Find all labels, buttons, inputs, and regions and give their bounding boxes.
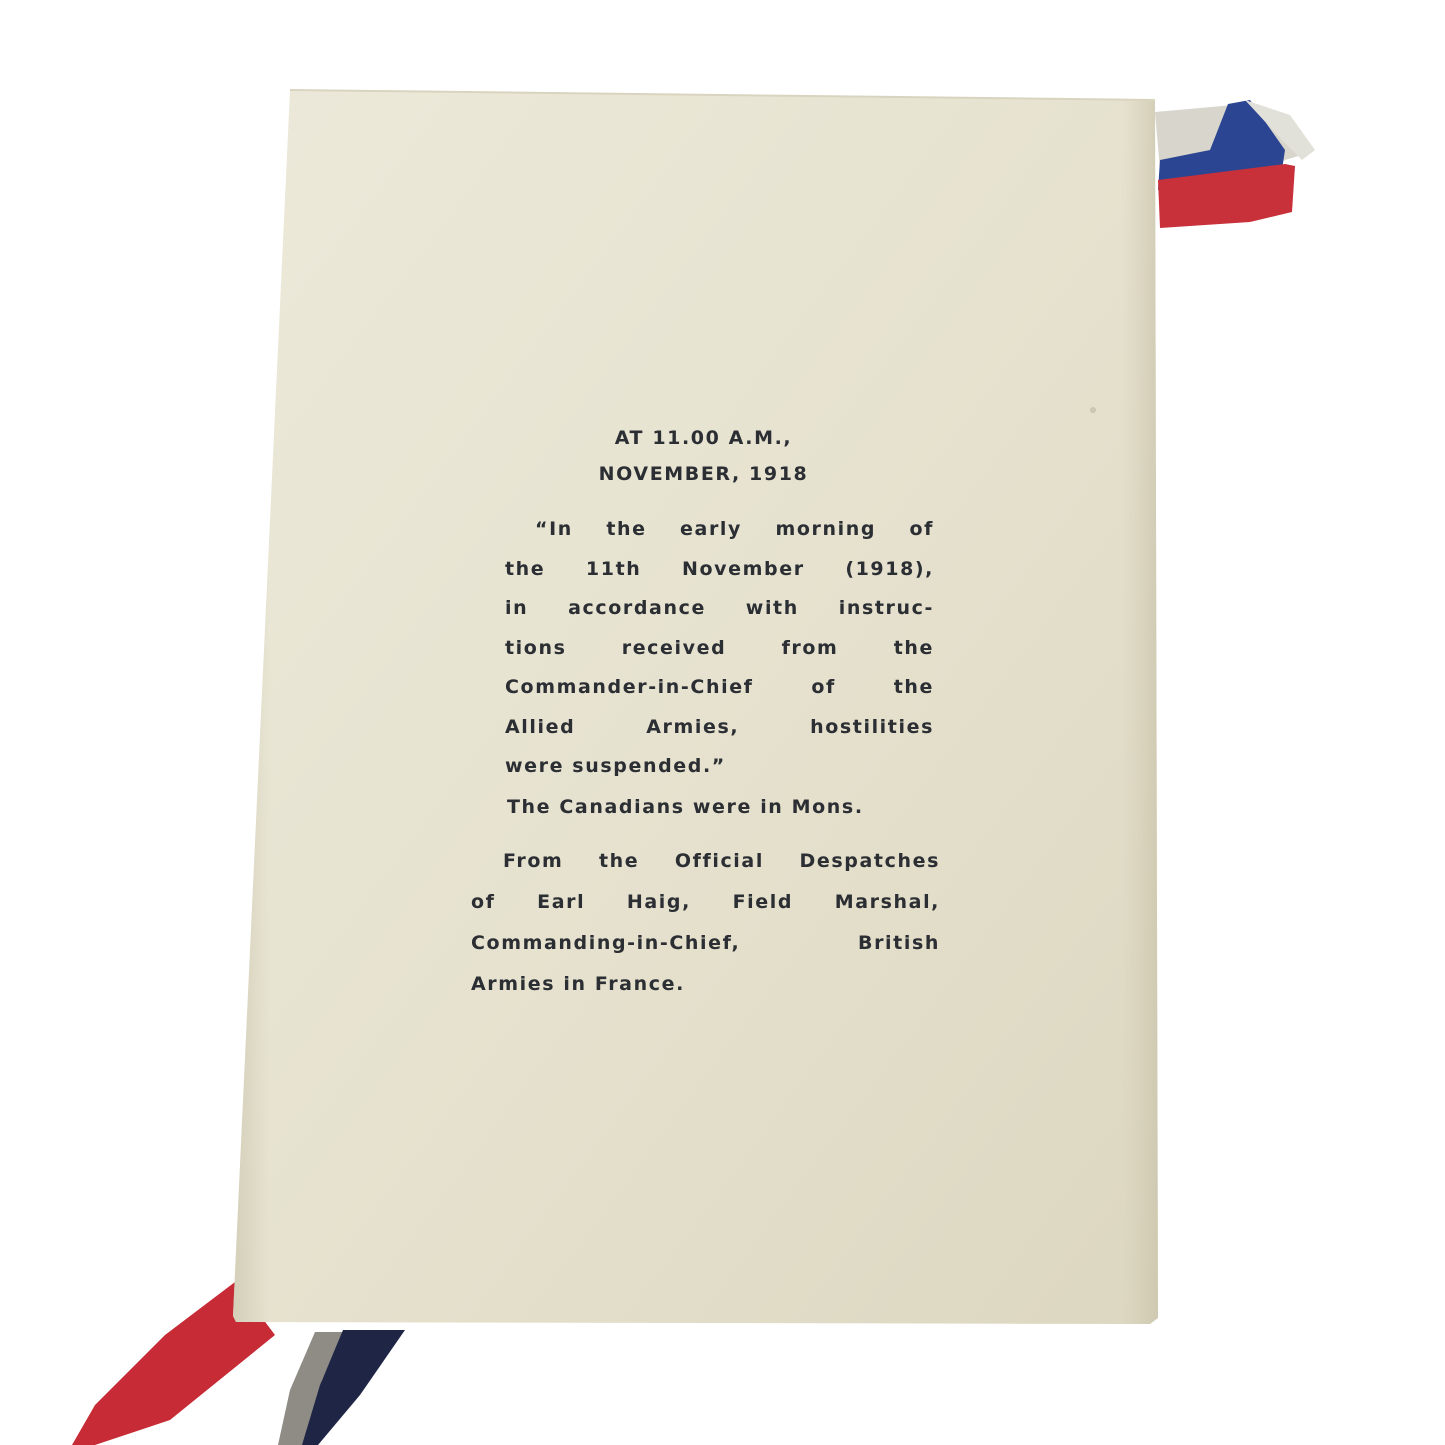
quote-line: in accordance with instruc- [505, 589, 934, 629]
ribbon-top-right [1155, 100, 1315, 228]
quote-line: “In the early morning of [505, 510, 934, 550]
source-line: of Earl Haig, Field Marshal, [471, 882, 940, 923]
heading-date: NOVEMBER, 1918 [465, 456, 940, 492]
quote-line: were suspended.” [505, 747, 934, 787]
source-line: Armies in France. [471, 964, 940, 1005]
source-attribution: From the Official Despatches of Earl Hai… [465, 841, 940, 1005]
quote-line: tions received from the [505, 629, 934, 669]
blemish-mark [1090, 407, 1096, 413]
card-text: AT 11.00 A.M., NOVEMBER, 1918 “In the ea… [465, 420, 940, 1005]
quote-line: Allied Armies, hostilities [505, 708, 934, 748]
quote-block: “In the early morning of the 11th Novemb… [465, 510, 940, 787]
statement-line: The Canadians were in Mons. [465, 787, 940, 827]
quote-line: Commander-in-Chief of the [505, 668, 934, 708]
source-line: Commanding-in-Chief, British [471, 923, 940, 964]
photo-scene: AT 11.00 A.M., NOVEMBER, 1918 “In the ea… [0, 0, 1445, 1445]
source-line: From the Official Despatches [471, 841, 940, 882]
heading-time: AT 11.00 A.M., [465, 420, 940, 456]
card-heading: AT 11.00 A.M., NOVEMBER, 1918 [465, 420, 940, 492]
quote-line: the 11th November (1918), [505, 550, 934, 590]
